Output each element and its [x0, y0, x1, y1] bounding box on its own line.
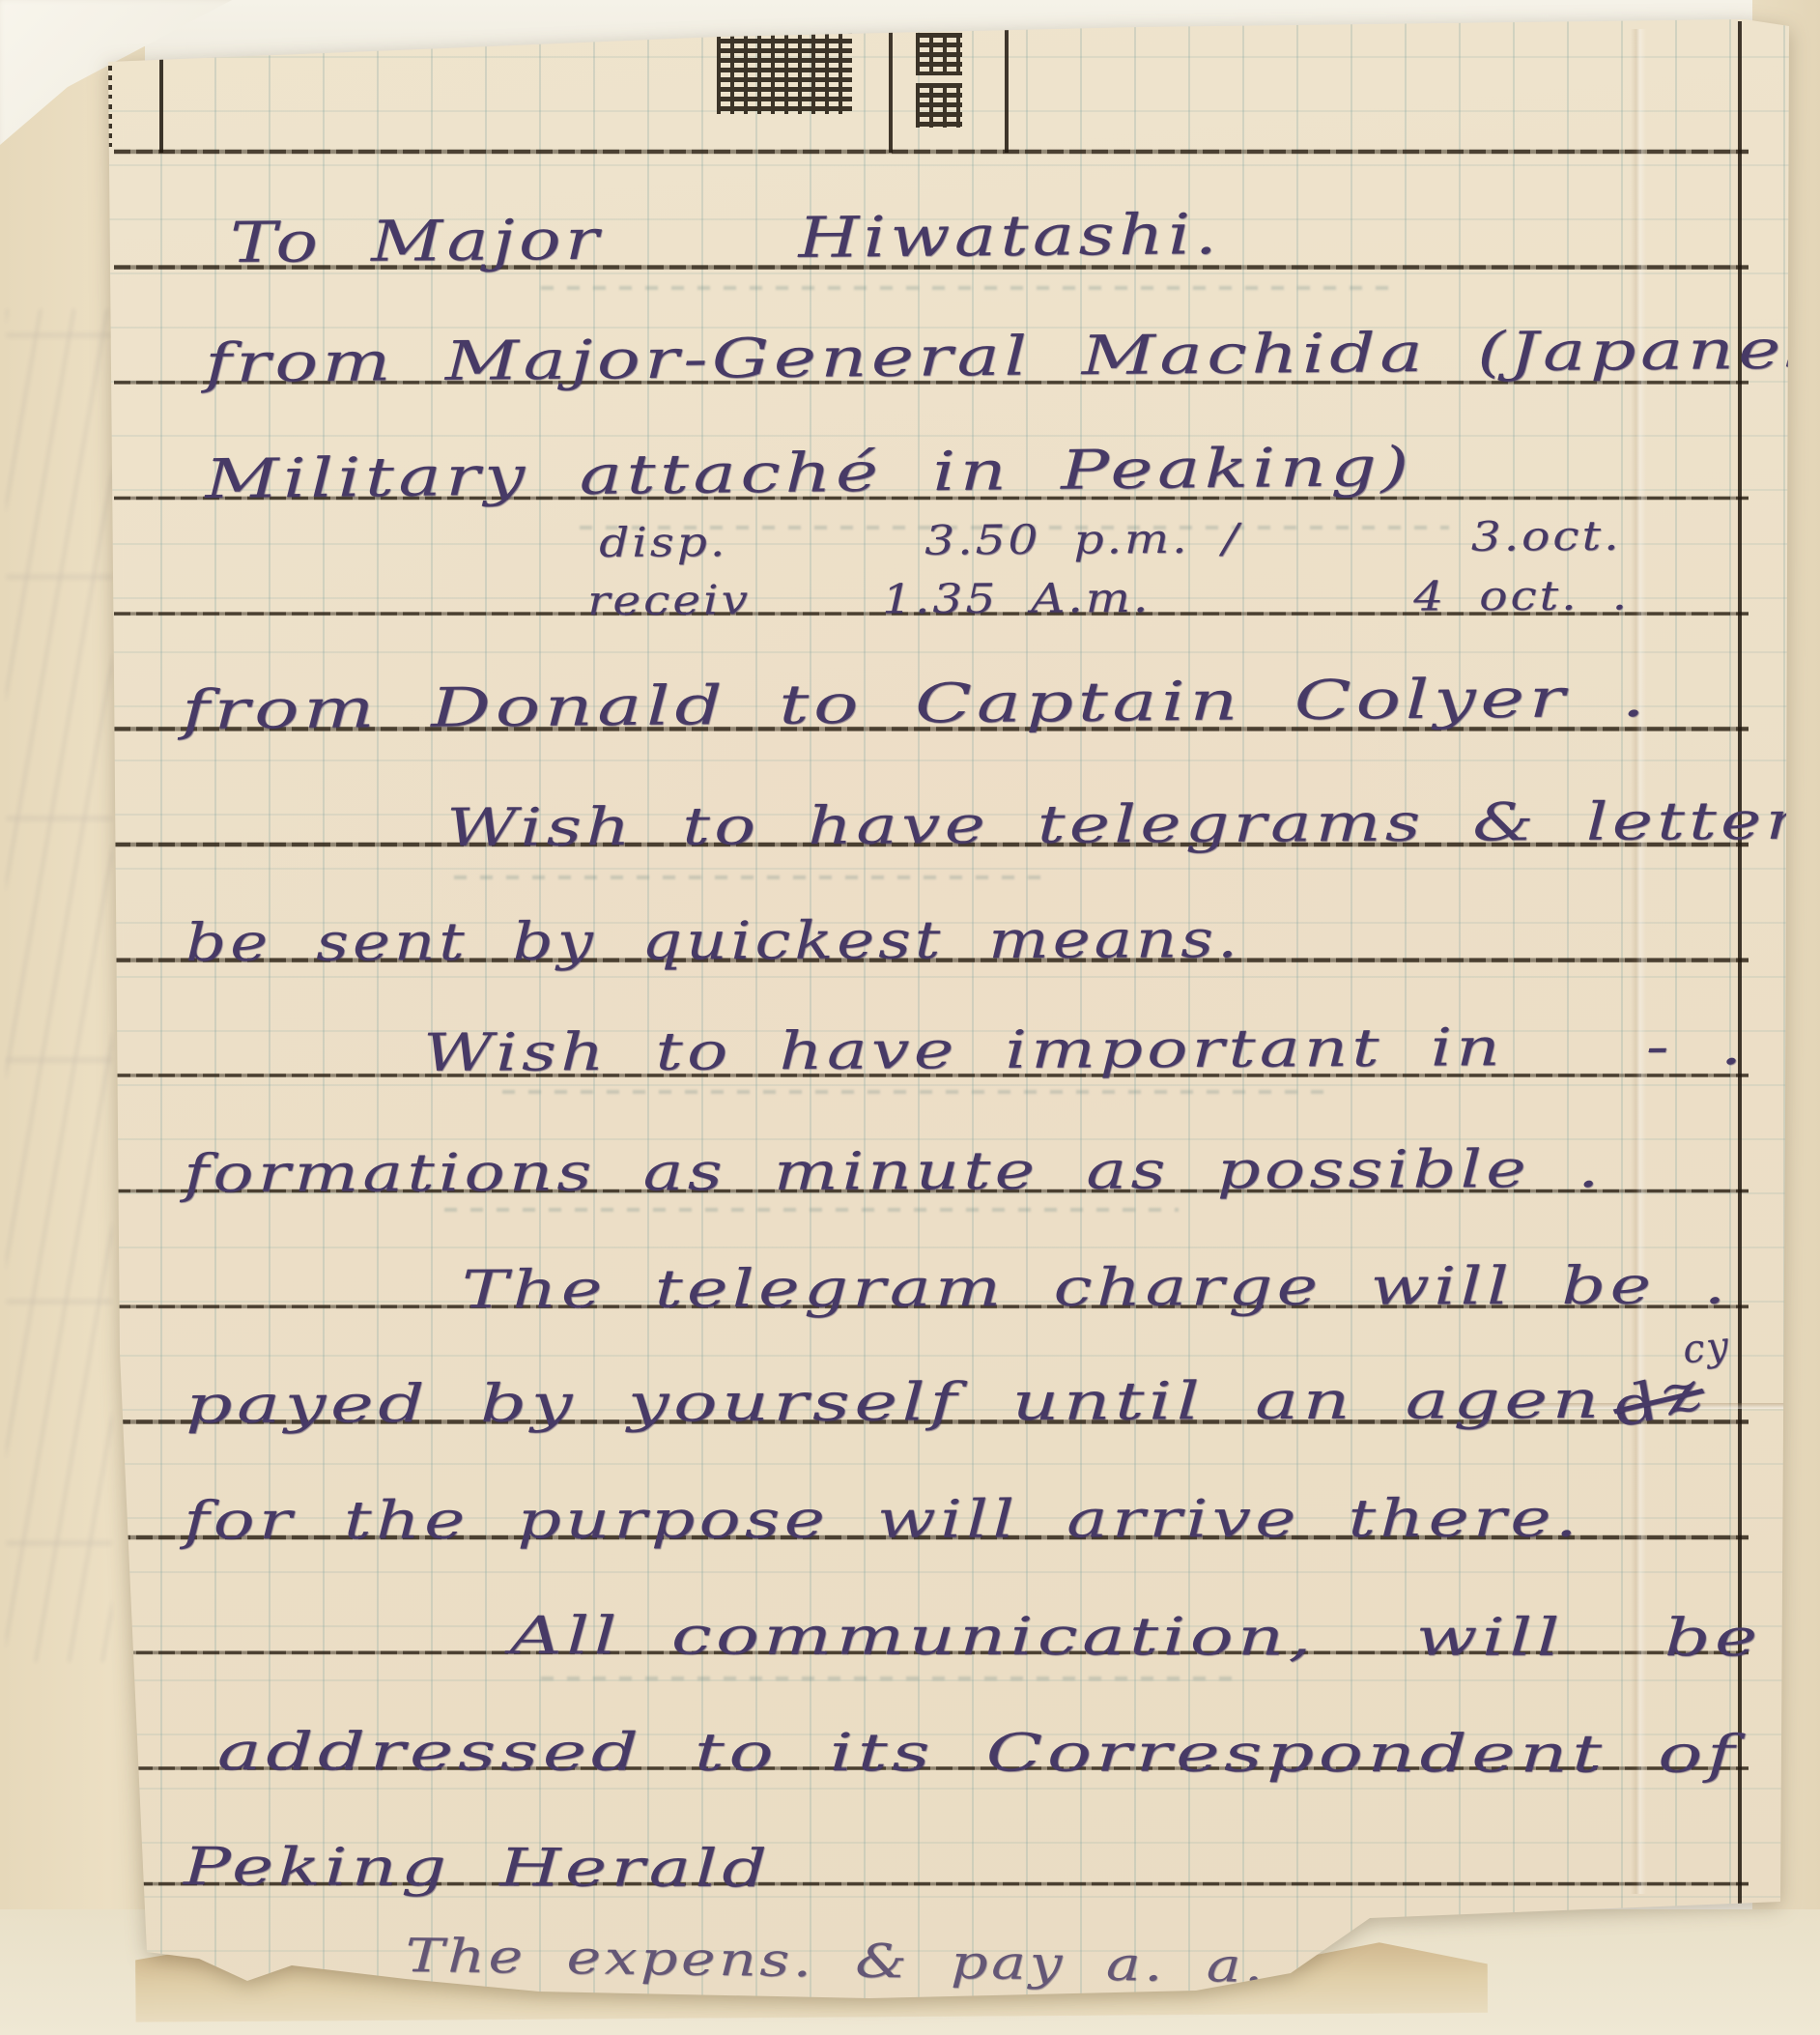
- kanji-header-left-top-icon: [62, 56, 112, 99]
- header-divider-mid-a: [889, 29, 893, 153]
- hw-line-formations: formations as minute as possible .: [184, 1143, 1604, 1200]
- kanji-header-right-bottom-icon: [916, 83, 962, 128]
- hw-agency-struck-letters: dz: [1603, 1364, 1715, 1435]
- header-divider-mid-b: [1005, 27, 1009, 153]
- kanji-dono-honorific-icon: [717, 29, 852, 114]
- hw-line-to-major: To Major Hiwatashi.: [230, 206, 1221, 271]
- kanji-header-right-top-icon: [916, 33, 962, 75]
- hw-line-payed-agency: payed by yourself until an agendz: [185, 1374, 1706, 1431]
- hw-line-telegram-charge: The telegram charge will be .: [462, 1259, 1730, 1316]
- ghost-strip: [541, 1677, 1237, 1680]
- hw-agency-correction: cy: [1681, 1324, 1733, 1373]
- hw-line-wish-important: Wish to have important in - .: [423, 1020, 1746, 1079]
- header-divider-left: [159, 58, 163, 153]
- hw-line-all-communication: All communication, will be: [510, 1610, 1762, 1664]
- ghost-strip: [541, 286, 1391, 290]
- hw-line-from-donald: from Donald to Captain Colyer .: [182, 672, 1650, 738]
- hw-agency-main: payed by yourself until an agen: [185, 1369, 1604, 1435]
- hw-line-dispatched-time: disp. 3.50 p.m. / 3.oct.: [599, 516, 1622, 563]
- ghost-strip: [502, 1090, 1333, 1094]
- kanji-header-left-bottom-icon: [62, 104, 112, 147]
- hw-line-quickest-means: be sent by quickest means.: [185, 913, 1241, 969]
- hw-line-from-general: from Major-General Machida (Japanese: [205, 323, 1820, 391]
- document-scan: To Major Hiwatashi. from Major-General M…: [0, 0, 1820, 2035]
- hw-line-purpose-arrive: for the purpose will arrive there.: [184, 1492, 1581, 1547]
- ghost-strip: [454, 875, 1053, 879]
- hw-line-wish-telegrams: Wish to have telegrams & letters: [446, 794, 1820, 854]
- hw-line-peking-herald: Peking Herald: [184, 1841, 772, 1895]
- ghost-strip: [444, 1208, 1179, 1212]
- hw-line-received-time: receiv 1.35 A.m. 4 oct. .: [587, 575, 1630, 621]
- note-paper: To Major Hiwatashi. from Major-General M…: [0, 0, 1820, 2035]
- note-paper-wrap: To Major Hiwatashi. from Major-General M…: [0, 0, 1820, 2035]
- hw-line-addressed-correspondent: addressed to its Correspondent of: [217, 1726, 1739, 1781]
- hw-line-attache: Military attaché in Peaking): [205, 441, 1413, 507]
